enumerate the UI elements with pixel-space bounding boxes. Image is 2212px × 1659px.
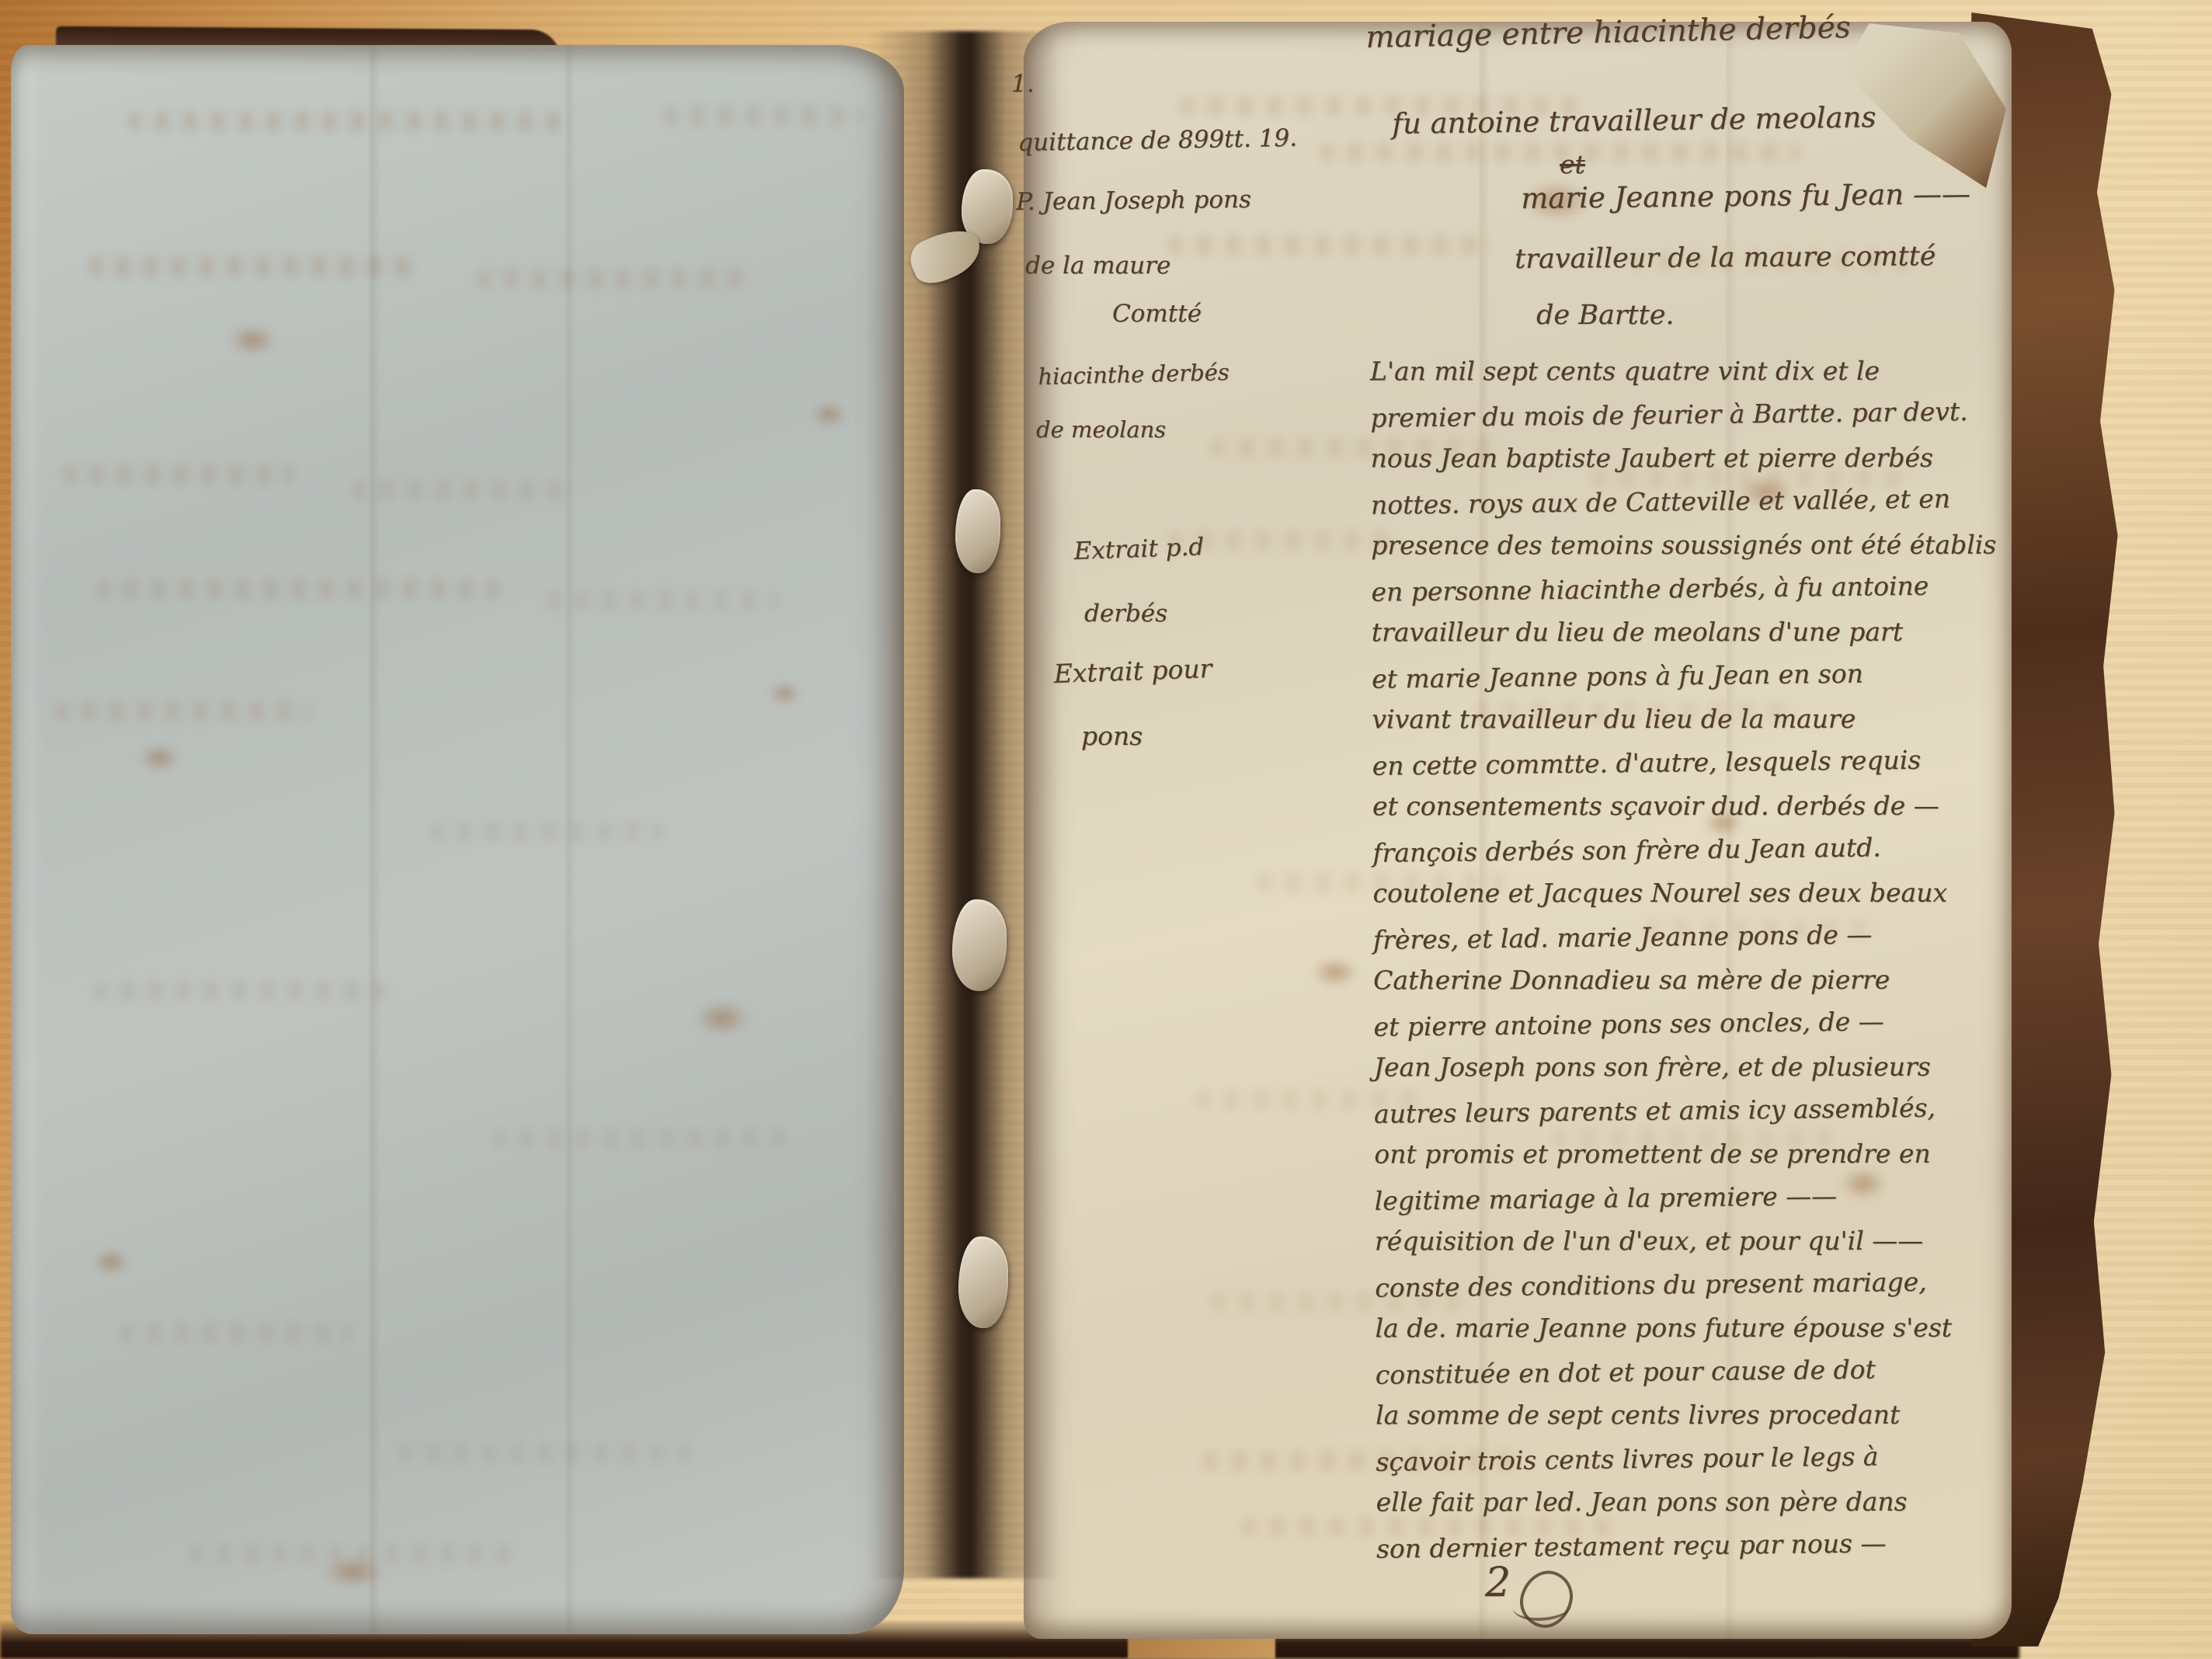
body-text-line: elle fait par led. Jean pons son père da…	[1376, 1480, 2021, 1525]
manuscript-photo: mariage entre hiacinthe derbés fu antoin…	[0, 0, 2212, 1659]
margin-note-quittance-3: de la maure	[1025, 252, 1170, 280]
folio-number: 1.	[1011, 70, 1035, 98]
body-text-line: réquisition de l'un d'eux, et pour qu'il…	[1375, 1219, 2019, 1264]
bleedthrough-row	[477, 269, 756, 289]
margin-note-quittance-2: P. Jean Joseph pons	[1016, 186, 1251, 216]
margin-note-extrait1-2: derbés	[1084, 600, 1167, 628]
header-title-line4: marie Jeanne pons fu Jean ——	[1521, 177, 1970, 215]
bleedthrough-row	[1167, 235, 1494, 256]
bleedthrough-row	[663, 106, 865, 126]
header-title-line5: travailleur de la maure comtté	[1515, 241, 1936, 275]
fox-stain	[694, 1000, 750, 1036]
body-text-line: premier du mois de feurier à Bartte. par…	[1370, 389, 2015, 440]
body-text-line: et marie Jeanne pons à fu Jean en son	[1372, 650, 2017, 701]
binding-thread-knot	[955, 489, 1000, 573]
body-text-line: sçavoir trois cents livres pour le legs …	[1376, 1433, 2021, 1483]
bleedthrough-row	[353, 480, 570, 500]
body-text-line: presence des temoins soussignés ont été …	[1371, 523, 2015, 568]
bleedthrough-row	[399, 1443, 694, 1463]
bleedthrough-row	[127, 111, 562, 131]
body-text-line: autres leurs parents et amis icy assembl…	[1374, 1085, 2019, 1136]
body-text-line: conste des conditions du present mariage…	[1375, 1259, 2020, 1309]
body-text-line: Catherine Donnadieu sa mère de pierre	[1373, 958, 2018, 1003]
body-text-line: françois derbés son frère du Jean autd.	[1372, 824, 2018, 875]
body-text-line: L'an mil sept cents quatre vint dix et l…	[1370, 350, 2015, 394]
body-text-line: constituée en dot et pour cause de dot	[1375, 1346, 2020, 1396]
body-text-line: et consentements sçavoir dud. derbés de …	[1372, 784, 2017, 829]
header-title-line3: et	[1560, 149, 1585, 179]
body-text-line: Jean Joseph pons son frère, et de plusie…	[1374, 1045, 2019, 1090]
bleedthrough-row	[430, 822, 663, 842]
body-text-line: nous Jean baptiste Jaubert et pierre der…	[1371, 436, 2015, 481]
fox-stain	[322, 1556, 385, 1588]
margin-note-extrait1-1: Extrait p.d	[1073, 533, 1205, 565]
body-text-line: ont promis et promettent de se prendre e…	[1374, 1132, 2019, 1177]
header-title-line2: fu antoine travailleur de meolans	[1392, 100, 1876, 141]
left-page	[11, 45, 904, 1634]
fox-stain	[811, 402, 847, 427]
body-text-line: son dernier testament reçu par nous —	[1376, 1520, 2022, 1570]
body-text-line: la de. marie Jeanne pons future épouse s…	[1375, 1306, 2019, 1351]
margin-note-quittance-1: quittance de 899tt. 19.	[1017, 124, 1297, 157]
bleedthrough-row	[89, 256, 415, 276]
bleedthrough-row	[120, 1323, 353, 1343]
bleedthrough-row	[62, 464, 295, 485]
binding-thread-knot	[952, 899, 1007, 991]
body-text-line: vivant travailleur du lieu de la maure	[1372, 697, 2016, 742]
margin-note-extrait2-2: pons	[1081, 721, 1143, 751]
body-text-line: en cette commtte. d'autre, lesquels requ…	[1372, 737, 2017, 788]
fox-stain	[1311, 958, 1359, 987]
fox-stain	[768, 682, 801, 705]
fox-stain	[92, 1249, 130, 1275]
header-title-line6: de Bartte.	[1536, 300, 1675, 331]
margin-note-extrait2-1: Extrait pour	[1053, 653, 1212, 689]
body-text-line: nottes. roys aux de Catteville et vallée…	[1371, 476, 2016, 527]
footer-mark: 2	[1485, 1560, 1511, 1606]
body-text-line: legitime mariage à la premiere ——	[1374, 1172, 2019, 1223]
body-text-line: frères, et lad. marie Jeanne pons de —	[1373, 911, 2019, 962]
bleedthrough-row	[547, 590, 780, 610]
bleedthrough-row	[96, 579, 500, 600]
margin-note-groom-2: de meolans	[1036, 416, 1166, 443]
body-text-line: et pierre antoine pons ses oncles, de —	[1373, 998, 2019, 1049]
bleedthrough-row	[492, 1129, 788, 1149]
body-text-line: en personne hiacinthe derbés, à fu antoi…	[1371, 563, 2016, 614]
margin-note-groom-1: hiacinthe derbés	[1038, 359, 1229, 390]
body-text-line: coutolene et Jacques Nourel ses deux bea…	[1373, 871, 2018, 916]
body-text: L'an mil sept cents quatre vint dix et l…	[1370, 348, 2021, 1569]
bleedthrough-row	[54, 701, 311, 722]
bleedthrough-row	[93, 981, 388, 1001]
body-text-line: travailleur du lieu de meolans d'une par…	[1372, 610, 2016, 655]
margin-note-quittance-4: Comtté	[1112, 300, 1202, 328]
fox-stain	[228, 325, 276, 356]
body-text-line: la somme de sept cents livres procedant	[1376, 1393, 2020, 1438]
fox-stain	[139, 744, 179, 772]
binding-thread-knot	[958, 1236, 1008, 1328]
